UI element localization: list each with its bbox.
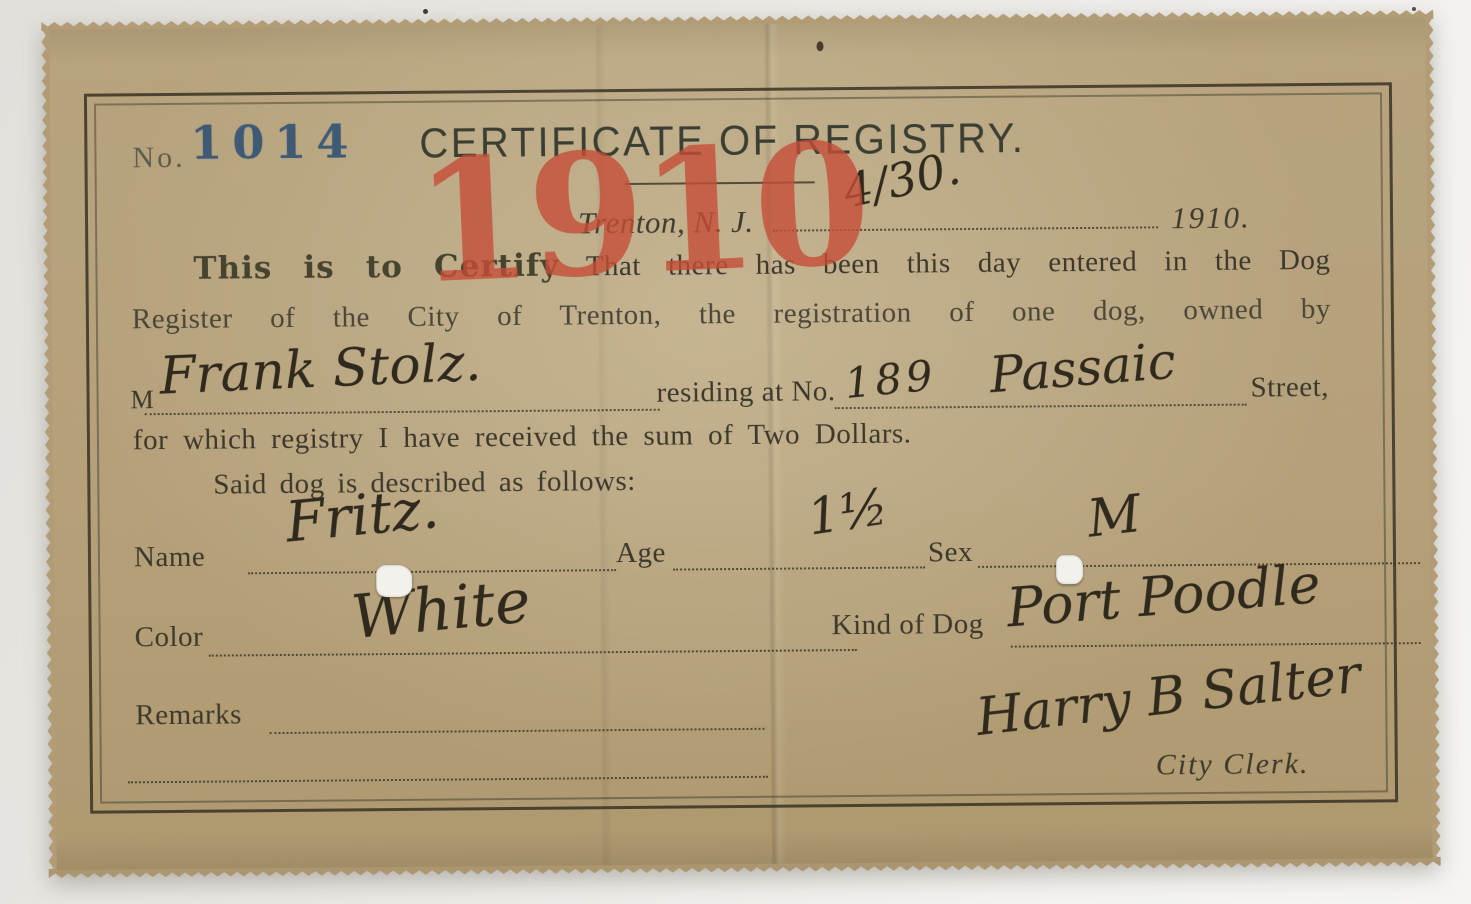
kind-of-dog-label: Kind of Dog	[831, 608, 983, 642]
remarks-dotted-line-2	[128, 776, 768, 784]
kind-dotted-line	[1011, 642, 1421, 648]
house-number-handwritten: 189	[842, 350, 938, 408]
address-dotted-line	[835, 404, 1247, 410]
color-label: Color	[135, 621, 204, 655]
remarks-dotted-line	[269, 728, 764, 734]
owner-name-handwritten: Frank Stolz.	[158, 333, 482, 407]
street-label: Street,	[1250, 371, 1329, 405]
remarks-label: Remarks	[135, 698, 242, 732]
name-label: Name	[134, 541, 206, 575]
residing-label: residing at No.	[656, 375, 835, 410]
number-label: No.	[132, 141, 185, 175]
age-dotted-line	[673, 566, 925, 570]
certificate-content: No. 1014 CERTIFICATE OF REGISTRY. 1910 T…	[41, 10, 1440, 878]
city-clerk-label: City Clerk.	[1156, 747, 1310, 782]
certificate-paper: No. 1014 CERTIFICATE OF REGISTRY. 1910 T…	[41, 10, 1440, 878]
color-dotted-line	[209, 649, 857, 657]
photo-background: No. 1014 CERTIFICATE OF REGISTRY. 1910 T…	[0, 0, 1471, 904]
owner-dotted-line	[145, 409, 660, 415]
certificate-number: 1014	[190, 114, 358, 169]
name-dotted-line	[248, 569, 616, 574]
year-printed: 1910.	[1171, 200, 1251, 237]
owner-prefix: M	[130, 385, 154, 415]
year-stamp: 1910	[412, 119, 870, 307]
punch-hole-left	[376, 565, 412, 597]
punch-hole-right	[1056, 555, 1083, 584]
name-value-handwritten: Fritz.	[283, 476, 442, 555]
fee-line: for which registry I have received the s…	[133, 418, 912, 458]
age-label: Age	[616, 537, 666, 570]
clerk-signature-handwritten: Harry B Salter	[973, 645, 1364, 748]
dust-speck	[423, 9, 428, 14]
sex-value-handwritten: M	[1084, 484, 1144, 550]
sex-label: Sex	[928, 536, 973, 569]
street-name-handwritten: Passaic	[987, 332, 1177, 404]
age-value-handwritten: 1½	[804, 477, 892, 546]
paper-stain	[816, 41, 823, 51]
